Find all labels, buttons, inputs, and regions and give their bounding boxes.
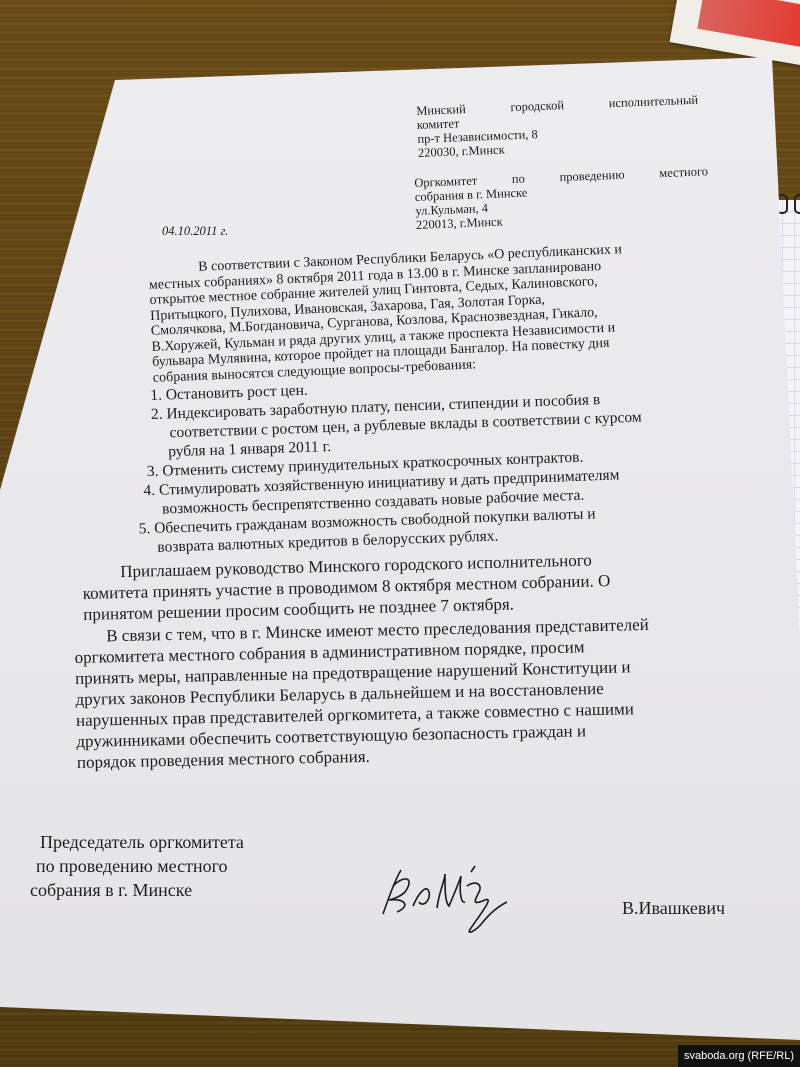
handwritten-signature-icon (375, 862, 535, 942)
signatory-name: В.Ивашкевич (622, 896, 725, 920)
signatory-title: Председатель оргкомитета по проведению м… (34, 830, 244, 902)
demands-list: 1. Остановить рост цен. 2. Индексировать… (150, 370, 646, 557)
request-paragraph: В связи с тем, что в г. Минске имеют мес… (74, 614, 652, 773)
leaflet-red-band: пл (697, 0, 800, 59)
recipient-orgcommittee: Оргкомитет по проведению местного собран… (414, 164, 710, 232)
notebook-ring-icon (794, 194, 800, 214)
letter-page: Минский городской исполнительный комитет… (0, 0, 800, 1067)
intro-paragraph: В соответствии с Законом Республики Бела… (148, 242, 627, 386)
recipient-city-committee: Минский городской исполнительный комитет… (416, 93, 700, 160)
watermark: svaboda.org (RFE/RL) (678, 1045, 800, 1067)
invitation-paragraph: Приглашаем руководство Минского городско… (82, 549, 611, 625)
letter-date: 04.10.2011 г. (162, 224, 228, 239)
